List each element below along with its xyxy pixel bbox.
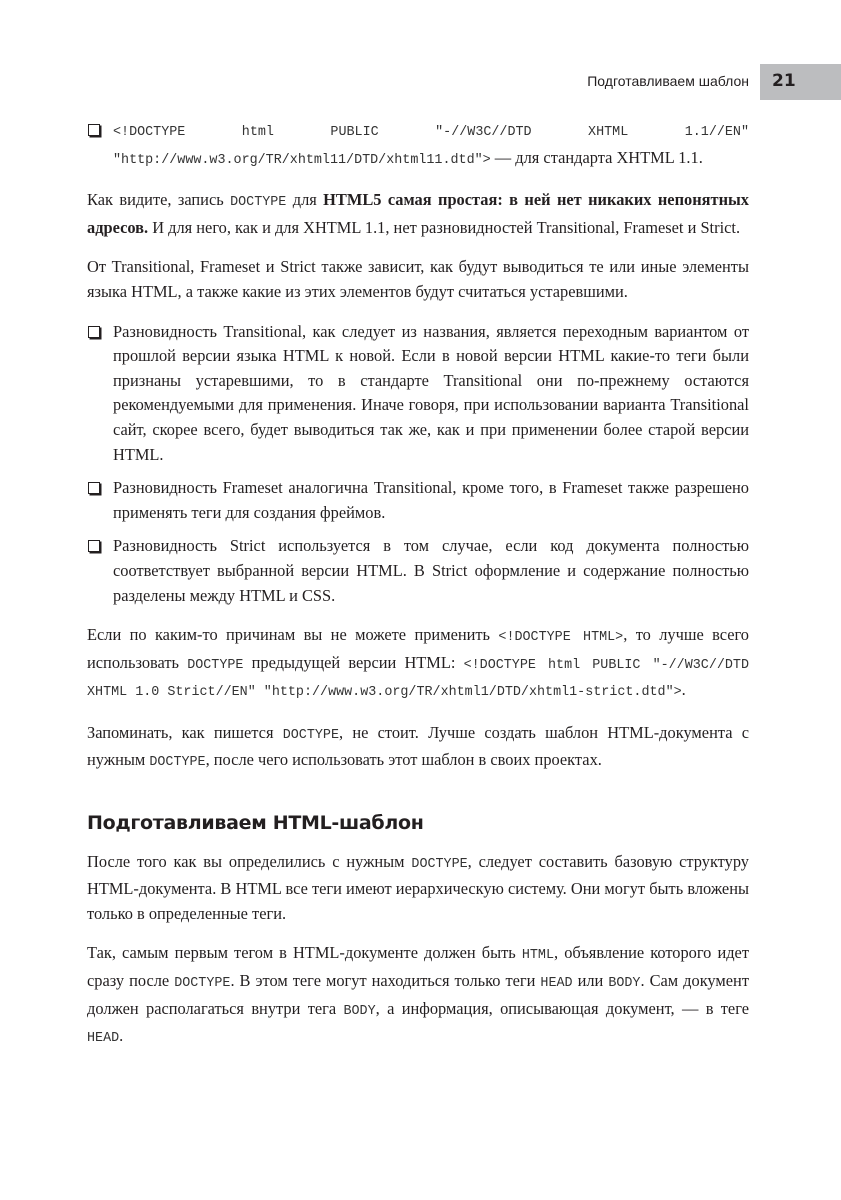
paragraph: После того как вы определились с нужным … (87, 850, 749, 927)
text: От Transitional, Frameset и Strict также… (87, 257, 749, 301)
text: или (573, 971, 609, 990)
inline-code: <!DOCTYPE HTML> (498, 630, 623, 645)
inline-code: DOCTYPE (411, 857, 467, 872)
text: , после чего использовать этот шаблон в … (206, 750, 602, 769)
section-heading: Подготавливаем HTML-шаблон (87, 811, 749, 836)
checkbox-bullet-icon (88, 482, 100, 494)
list-item: Разновидность Strict используется в том … (87, 534, 749, 608)
running-header: Подготавливаем шаблон 21 (0, 64, 841, 100)
inline-code: DOCTYPE (187, 658, 243, 673)
inline-code: BODY (343, 1004, 375, 1019)
paragraph: Запоминать, как пишется DOCTYPE, не стои… (87, 721, 749, 776)
text: . В этом теге могут находиться только те… (230, 971, 540, 990)
list-item: <!DOCTYPE html PUBLIC "-//W3C//DTD XHTML… (87, 118, 749, 173)
checkbox-bullet-icon (88, 540, 100, 552)
paragraph: Если по каким-то причинам вы не можете п… (87, 623, 749, 706)
list-item: Разновидность Transitional, как следует … (87, 320, 749, 468)
inline-code: DOCTYPE (149, 755, 205, 770)
text: Так, самым первым тегом в HTML-документе… (87, 943, 522, 962)
paragraph: Так, самым первым тегом в HTML-документе… (87, 941, 749, 1051)
checkbox-bullet-icon (88, 326, 100, 338)
doctype-list: <!DOCTYPE html PUBLIC "-//W3C//DTD XHTML… (87, 118, 749, 173)
text: Если по каким-то причинам вы не можете п… (87, 625, 498, 644)
running-title: Подготавливаем шаблон (587, 73, 749, 89)
page-body: <!DOCTYPE html PUBLIC "-//W3C//DTD XHTML… (87, 118, 749, 1067)
text: . (119, 1026, 123, 1045)
inline-code: DOCTYPE (174, 976, 230, 991)
page-number: 21 (760, 64, 841, 100)
list-item: Разновидность Frameset аналогична Transi… (87, 476, 749, 525)
text: , а информация, описывающая документ, — … (376, 999, 749, 1018)
text: И для него, как и для XHTML 1.1, нет раз… (148, 218, 740, 237)
text: — для стандарта XHTML 1.1. (491, 148, 703, 167)
text: Разновидность Transitional, как следует … (113, 322, 749, 464)
inline-code: DOCTYPE (283, 728, 339, 743)
inline-code: DOCTYPE (230, 195, 286, 210)
text: Разновидность Frameset аналогична Transi… (113, 478, 749, 522)
paragraph: Как видите, запись DOCTYPE для HTML5 сам… (87, 188, 749, 240)
text: . (682, 680, 686, 699)
inline-code: HTML (522, 948, 554, 963)
text: Разновидность Strict используется в том … (113, 536, 749, 604)
variant-list: Разновидность Transitional, как следует … (87, 320, 749, 609)
text: для (286, 190, 323, 209)
text: Запоминать, как пишется (87, 723, 283, 742)
inline-code: HEAD (540, 976, 572, 991)
checkbox-bullet-icon (88, 124, 100, 136)
paragraph: От Transitional, Frameset и Strict также… (87, 255, 749, 304)
text: предыдущей версии HTML: (243, 653, 463, 672)
text: После того как вы определились с нужным (87, 852, 411, 871)
inline-code: HEAD (87, 1031, 119, 1046)
inline-code: BODY (608, 976, 640, 991)
text: Как видите, запись (87, 190, 230, 209)
